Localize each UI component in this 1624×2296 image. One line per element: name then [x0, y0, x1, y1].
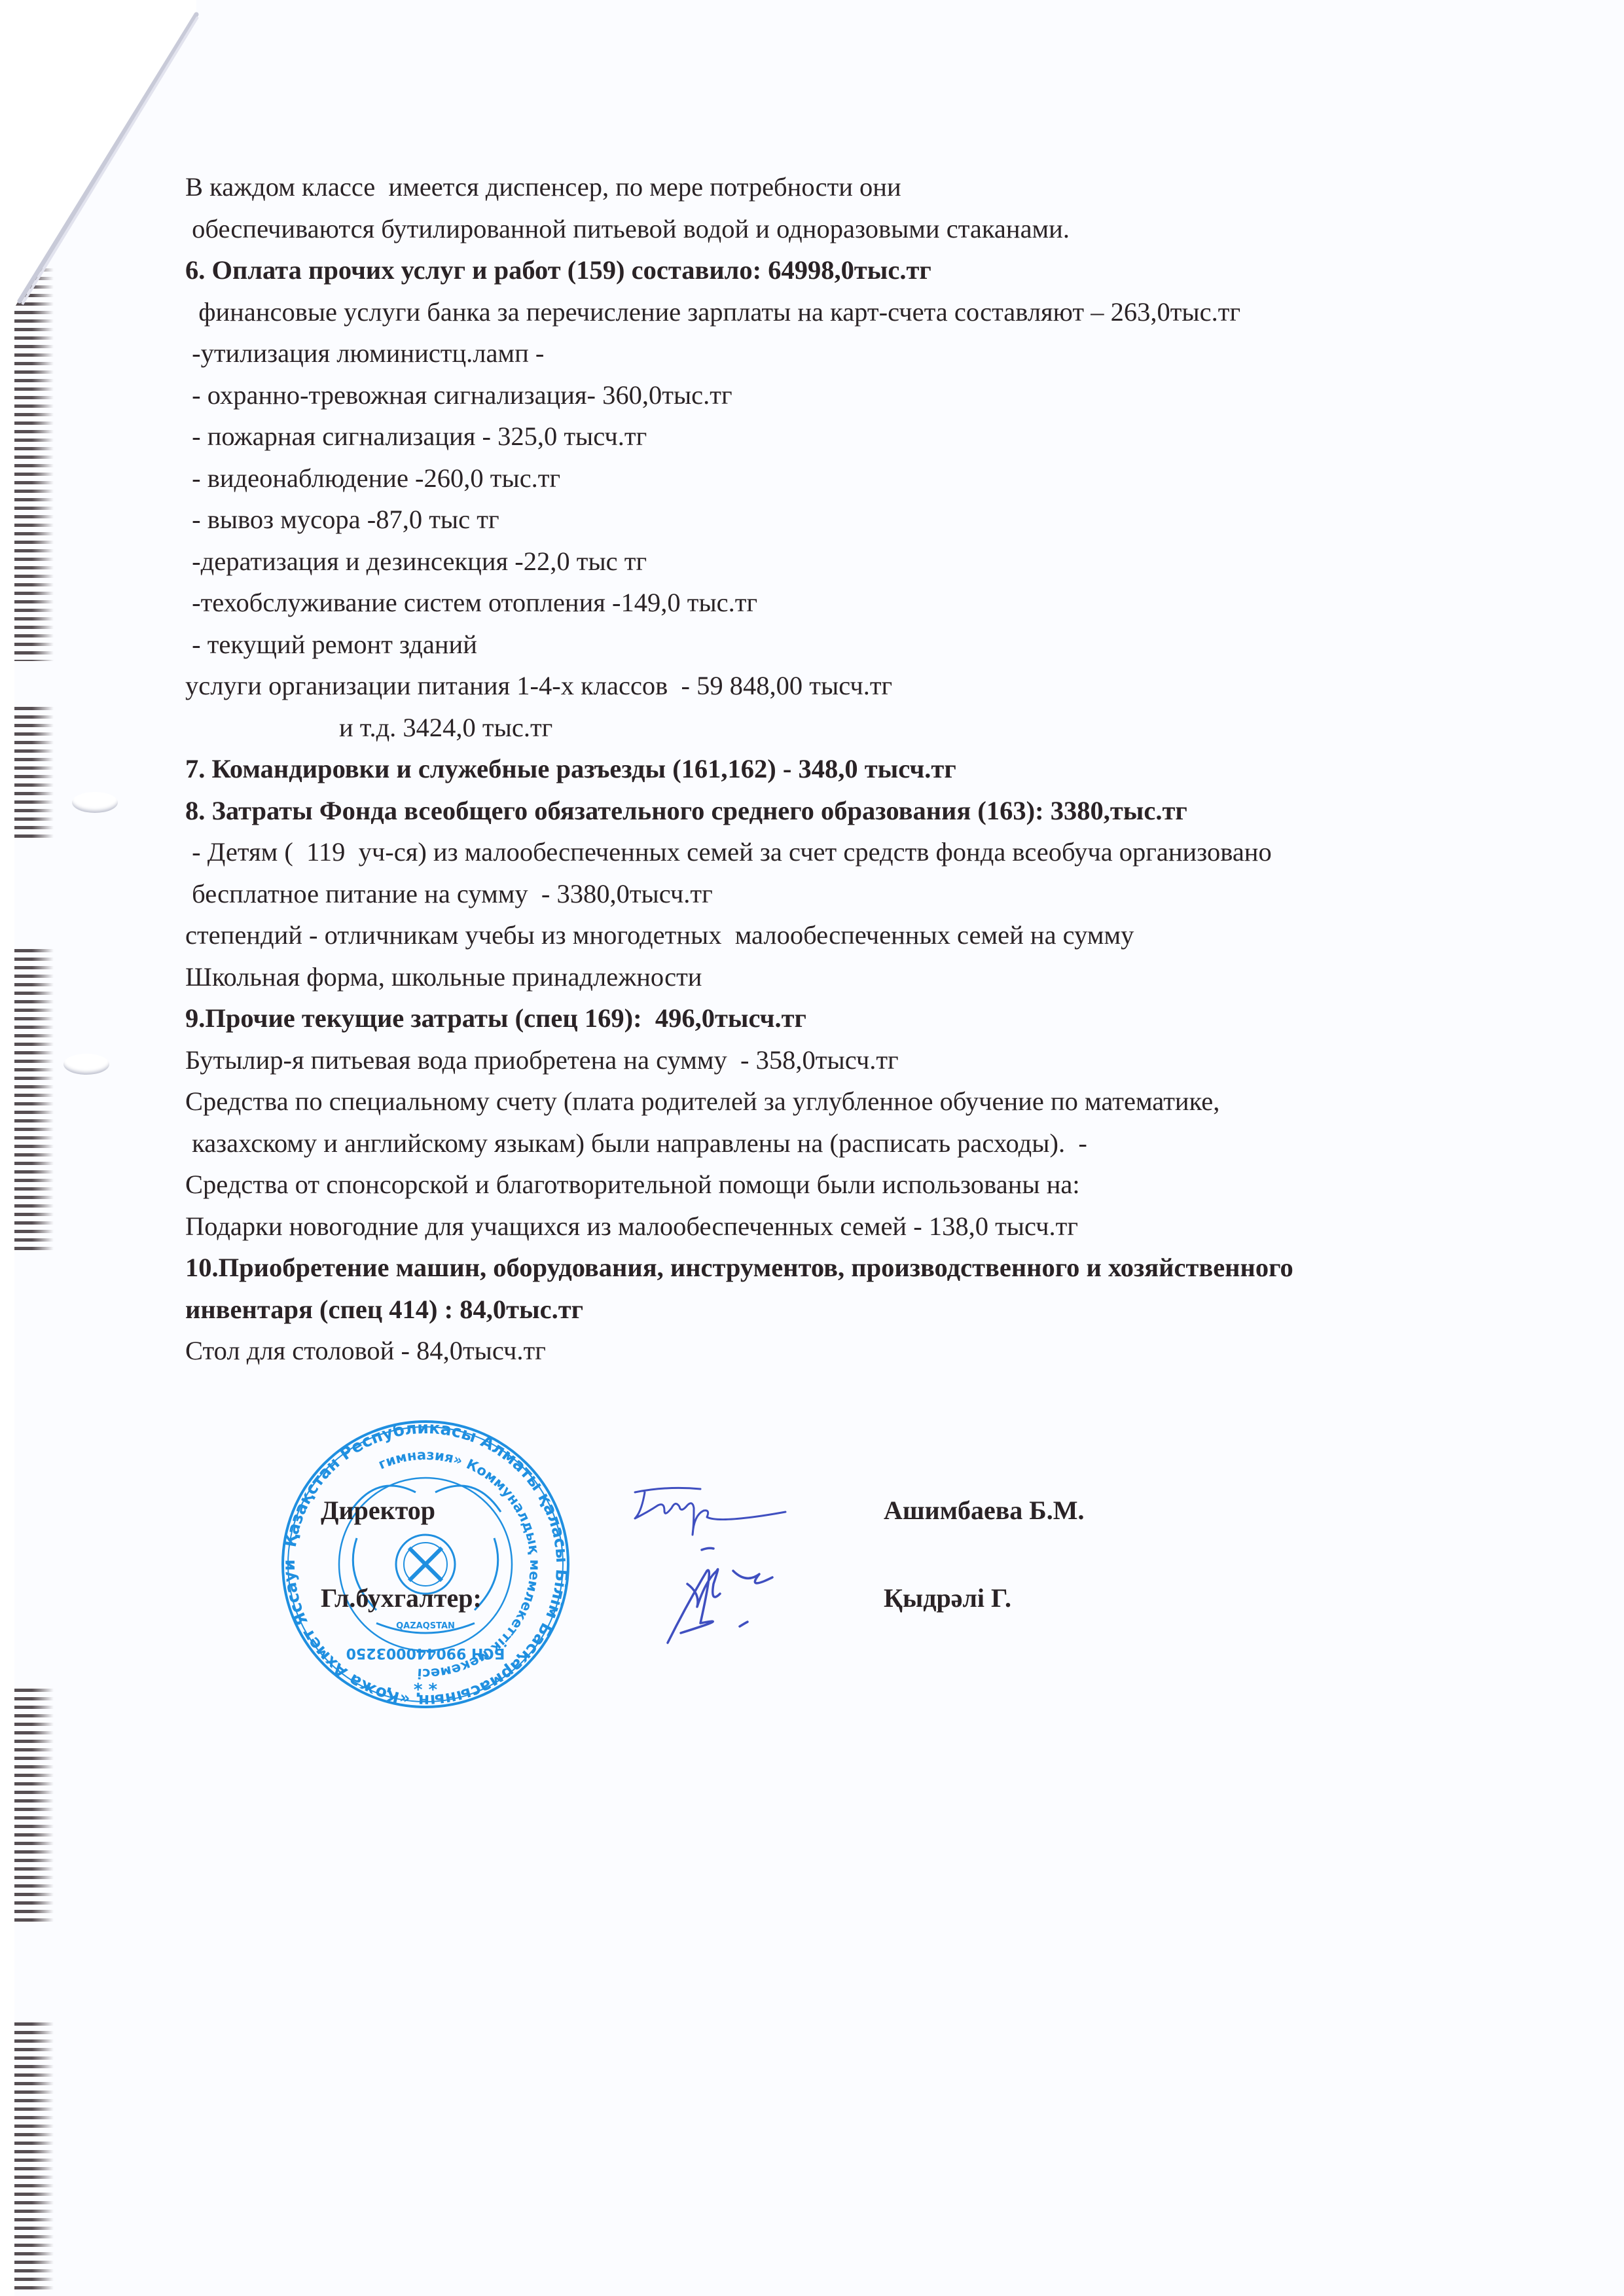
body-line: Бутылир-я питьевая вода приобретена на с… [185, 1039, 1560, 1081]
body-line: - вывоз мусора -87,0 тыс тг [185, 499, 1560, 541]
document-body: В каждом классе имеется диспенсер, по ме… [185, 166, 1560, 1372]
body-line: Средства от спонсорской и благотворитель… [185, 1164, 1560, 1206]
body-line: Школьная форма, школьные принадлежности [185, 956, 1560, 998]
svg-text:БСН 990440003250: БСН 990440003250 [346, 1645, 505, 1661]
official-stamp: Қазақстан Республикасы Алматы қаласы Біл… [278, 1414, 573, 1715]
body-line: бесплатное питание на сумму - 3380,0тысч… [185, 873, 1560, 915]
section-heading: 10.Приобретение машин, оборудования, инс… [185, 1247, 1560, 1289]
body-line: казахскому и английскому языкам) были на… [185, 1122, 1560, 1164]
body-line: -дератизация и дезинсекция -22,0 тыс тг [185, 541, 1560, 583]
body-line: Подарки новогодние для учащихся из малоо… [185, 1206, 1560, 1247]
director-signature [628, 1486, 825, 1564]
accountant-label: Гл.бухгалтер: [321, 1583, 482, 1613]
scan-bleed-mark [14, 949, 54, 1250]
body-line: и т.д. 3424,0 тыс.тг [185, 707, 1560, 749]
svg-text:гимназия» Коммуналдық мемлекет: гимназия» Коммуналдық мемлекеттік мекеме… [376, 1447, 543, 1681]
body-line: степендий - отличникам учебы из многодет… [185, 914, 1560, 956]
accountant-signature [661, 1545, 831, 1649]
punch-hole [72, 792, 118, 813]
accountant-name: Қыдрәлі Г. [884, 1583, 1011, 1613]
director-name: Ашимбаева Б.М. [884, 1495, 1085, 1526]
body-line: обеспечиваются бутилированной питьевой в… [185, 208, 1560, 250]
body-line: Стол для столовой - 84,0тысч.тг [185, 1330, 1560, 1372]
scan-bleed-mark [14, 268, 54, 661]
section-heading: инвентаря (спец 414) : 84,0тыс.тг [185, 1289, 1560, 1331]
body-line: финансовые услуги банка за перечисление … [185, 291, 1560, 333]
body-line: - Детям ( 119 уч-ся) из малообеспеченных… [185, 831, 1560, 873]
section-heading: 7. Командировки и служебные разъезды (16… [185, 748, 1560, 790]
svg-text:QAZAQSTAN: QAZAQSTAN [396, 1621, 455, 1631]
section-heading: 6. Оплата прочих услуг и работ (159) сос… [185, 249, 1560, 291]
scan-left-margin [0, 0, 14, 2296]
scan-bleed-mark [14, 1689, 54, 1924]
body-line: -техобслуживание систем отопления -149,0… [185, 582, 1560, 624]
body-line: -утилизация люминистц.ламп - [185, 332, 1560, 374]
body-line: Средства по специальному счету (плата ро… [185, 1081, 1560, 1122]
punch-hole [63, 1054, 109, 1075]
body-line: - охранно-тревожная сигнализация- 360,0т… [185, 374, 1560, 416]
scan-bleed-mark [14, 2022, 54, 2291]
body-line: услуги организации питания 1-4-х классов… [185, 665, 1560, 707]
body-line: - пожарная сигнализация - 325,0 тысч.тг [185, 416, 1560, 457]
director-label: Директор [321, 1495, 435, 1526]
body-line: В каждом классе имеется диспенсер, по ме… [185, 166, 1560, 208]
section-heading: 9.Прочие текущие затраты (спец 169): 496… [185, 997, 1560, 1039]
body-line: - текущий ремонт зданий [185, 624, 1560, 666]
scan-bleed-mark [14, 707, 54, 838]
svg-text:Қазақстан Республикасы Алматы: Қазақстан Республикасы Алматы қаласы Біл… [278, 1414, 571, 1710]
section-heading: 8. Затраты Фонда всеобщего обязательного… [185, 790, 1560, 832]
svg-text:* *: * * [414, 1680, 438, 1700]
body-line: - видеонаблюдение -260,0 тыс.тг [185, 457, 1560, 499]
